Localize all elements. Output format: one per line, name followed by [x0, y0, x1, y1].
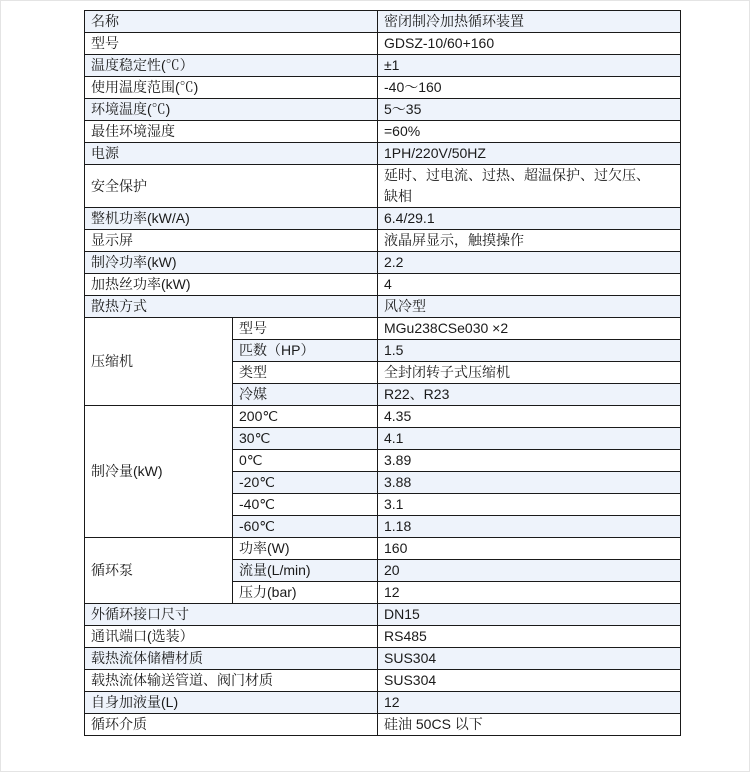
group-label-pump: 循环泵 — [85, 538, 233, 604]
capacity-sub-minus20c: -20℃ — [233, 472, 378, 494]
spec-label-power-supply: 电源 — [85, 143, 378, 165]
spec-label-total-power: 整机功率(kW/A) — [85, 208, 378, 230]
group-label-compressor: 压缩机 — [85, 318, 233, 406]
spec-label-temp-range: 使用温度范围(℃) — [85, 77, 378, 99]
capacity-value-0c: 3.89 — [378, 450, 681, 472]
capacity-value-minus20c: 3.88 — [378, 472, 681, 494]
spec-label-model: 型号 — [85, 33, 378, 55]
compressor-value-hp: 1.5 — [378, 340, 681, 362]
spec-value-total-power: 6.4/29.1 — [378, 208, 681, 230]
spec-value-circulating-medium: 硅油 50CS 以下 — [378, 714, 681, 736]
spec-value-ambient-temp: 5～35 — [378, 99, 681, 121]
capacity-sub-200c: 200℃ — [233, 406, 378, 428]
table-row: 最佳环境湿度 =60% — [85, 121, 681, 143]
compressor-sub-hp: 匹数（HP） — [233, 340, 378, 362]
table-row: 通讯端口(选装） RS485 — [85, 626, 681, 648]
spec-label-fill-volume: 自身加液量(L) — [85, 692, 378, 714]
table-row: 名称 密闭制冷加热循环装置 — [85, 11, 681, 33]
table-row: 散热方式 风冷型 — [85, 296, 681, 318]
table-row: 加热丝功率(kW) 4 — [85, 274, 681, 296]
spec-value-temp-range: -40～160 — [378, 77, 681, 99]
spec-table: 名称 密闭制冷加热循环装置 型号 GDSZ-10/60+160 温度稳定性(℃）… — [84, 10, 681, 736]
capacity-sub-minus40c: -40℃ — [233, 494, 378, 516]
table-row: 外循环接口尺寸 DN15 — [85, 604, 681, 626]
table-row: 循环泵 功率(W) 160 — [85, 538, 681, 560]
spec-value-external-port: DN15 — [378, 604, 681, 626]
spec-value-power-supply: 1PH/220V/50HZ — [378, 143, 681, 165]
pump-value-power: 160 — [378, 538, 681, 560]
spec-label-name: 名称 — [85, 11, 378, 33]
spec-value-cooling-power: 2.2 — [378, 252, 681, 274]
spec-label-temp-stability: 温度稳定性(℃） — [85, 55, 378, 77]
compressor-sub-refrigerant: 冷媒 — [233, 384, 378, 406]
table-row: 制冷量(kW) 200℃ 4.35 — [85, 406, 681, 428]
spec-label-ambient-temp: 环境温度(℃) — [85, 99, 378, 121]
spec-label-external-port: 外循环接口尺寸 — [85, 604, 378, 626]
table-row: 循环介质 硅油 50CS 以下 — [85, 714, 681, 736]
group-label-cooling-capacity: 制冷量(kW) — [85, 406, 233, 538]
spec-value-humidity: =60% — [378, 121, 681, 143]
document-page: 名称 密闭制冷加热循环装置 型号 GDSZ-10/60+160 温度稳定性(℃）… — [0, 0, 750, 772]
spec-label-comm-port: 通讯端口(选装） — [85, 626, 378, 648]
spec-value-tank-material: SUS304 — [378, 648, 681, 670]
capacity-value-30c: 4.1 — [378, 428, 681, 450]
spec-label-heat-dissipation: 散热方式 — [85, 296, 378, 318]
spec-label-circulating-medium: 循环介质 — [85, 714, 378, 736]
pump-sub-power: 功率(W) — [233, 538, 378, 560]
table-row: 环境温度(℃) 5～35 — [85, 99, 681, 121]
spec-label-safety: 安全保护 — [85, 165, 378, 208]
compressor-value-type: 全封闭转子式压缩机 — [378, 362, 681, 384]
table-row: 载热流体储槽材质 SUS304 — [85, 648, 681, 670]
spec-label-display: 显示屏 — [85, 230, 378, 252]
spec-value-temp-stability: ±1 — [378, 55, 681, 77]
capacity-value-minus60c: 1.18 — [378, 516, 681, 538]
spec-value-model: GDSZ-10/60+160 — [378, 33, 681, 55]
pump-sub-pressure: 压力(bar) — [233, 582, 378, 604]
spec-label-tank-material: 载热流体储槽材质 — [85, 648, 378, 670]
capacity-value-minus40c: 3.1 — [378, 494, 681, 516]
table-row: 电源 1PH/220V/50HZ — [85, 143, 681, 165]
table-row: 自身加液量(L) 12 — [85, 692, 681, 714]
pump-value-flow: 20 — [378, 560, 681, 582]
table-row: 整机功率(kW/A) 6.4/29.1 — [85, 208, 681, 230]
spec-value-name: 密闭制冷加热循环装置 — [378, 11, 681, 33]
table-row: 型号 GDSZ-10/60+160 — [85, 33, 681, 55]
capacity-sub-0c: 0℃ — [233, 450, 378, 472]
capacity-value-200c: 4.35 — [378, 406, 681, 428]
spec-value-display: 液晶屏显示，触摸操作 — [378, 230, 681, 252]
pump-value-pressure: 12 — [378, 582, 681, 604]
table-row: 使用温度范围(℃) -40～160 — [85, 77, 681, 99]
spec-label-pipe-material: 载热流体输送管道、阀门材质 — [85, 670, 378, 692]
spec-value-safety: 延时、过电流、过热、超温保护、过欠压、 缺相 — [378, 165, 681, 208]
spec-value-comm-port: RS485 — [378, 626, 681, 648]
table-row: 压缩机 型号 MGu238CSe030 ×2 — [85, 318, 681, 340]
spec-value-heating-power: 4 — [378, 274, 681, 296]
spec-label-heating-power: 加热丝功率(kW) — [85, 274, 378, 296]
compressor-sub-type: 类型 — [233, 362, 378, 384]
spec-value-pipe-material: SUS304 — [378, 670, 681, 692]
spec-label-humidity: 最佳环境湿度 — [85, 121, 378, 143]
table-row: 显示屏 液晶屏显示，触摸操作 — [85, 230, 681, 252]
spec-label-cooling-power: 制冷功率(kW) — [85, 252, 378, 274]
spec-value-heat-dissipation: 风冷型 — [378, 296, 681, 318]
table-row: 制冷功率(kW) 2.2 — [85, 252, 681, 274]
spec-value-fill-volume: 12 — [378, 692, 681, 714]
compressor-value-refrigerant: R22、R23 — [378, 384, 681, 406]
table-row: 载热流体输送管道、阀门材质 SUS304 — [85, 670, 681, 692]
compressor-value-model: MGu238CSe030 ×2 — [378, 318, 681, 340]
table-row: 安全保护 延时、过电流、过热、超温保护、过欠压、 缺相 — [85, 165, 681, 208]
compressor-sub-model: 型号 — [233, 318, 378, 340]
capacity-sub-30c: 30℃ — [233, 428, 378, 450]
capacity-sub-minus60c: -60℃ — [233, 516, 378, 538]
pump-sub-flow: 流量(L/min) — [233, 560, 378, 582]
table-row: 温度稳定性(℃） ±1 — [85, 55, 681, 77]
